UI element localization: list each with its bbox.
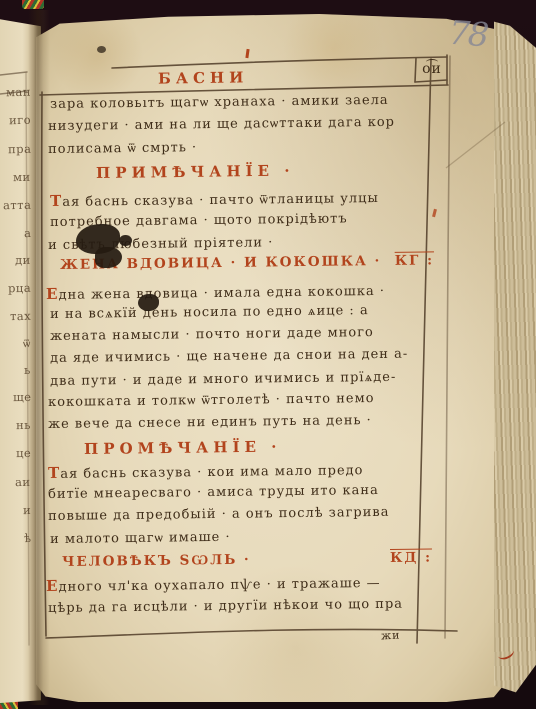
fragment-text: атта: [2, 198, 31, 212]
catchword: жи: [381, 628, 401, 642]
page-edges-stack: [494, 12, 536, 702]
fable-title: ЧЕЛОВѢКЪ ЅѠЛЬ ·: [62, 552, 251, 570]
manuscript-line: и малото щагѡ имаше ·: [50, 529, 231, 547]
ink-blot: [138, 294, 159, 311]
book-photo: ман иго пра ми атта а ди рца тах ѿ ь ще …: [0, 0, 536, 709]
fable-number: КГ :: [395, 252, 434, 268]
note-heading: ПРОМѢЧАНЇЕ ·: [84, 438, 282, 458]
note-heading: ПРИМѢЧАНЇЕ ·: [96, 162, 295, 182]
rubricated-initial: Т: [50, 192, 62, 210]
rubricated-initial: Т: [48, 464, 60, 482]
titlo-mark: [426, 59, 438, 65]
ink-blot: [97, 46, 106, 53]
pencil-folio-number: 78: [448, 13, 489, 55]
manuscript-line: Тая баснь сказува · кои има мало предо: [48, 460, 364, 482]
gutter-shadow: [28, 10, 50, 705]
ink-blot: [119, 235, 132, 246]
manuscript-line: полисама ѿ смрть ·: [48, 139, 197, 157]
rubricated-initial: Е: [46, 285, 59, 303]
running-title: БАСНИ: [158, 68, 249, 87]
rubricated-initial: Е: [46, 577, 59, 595]
headband-top: [22, 0, 44, 9]
fable-number: КД :: [390, 549, 432, 566]
